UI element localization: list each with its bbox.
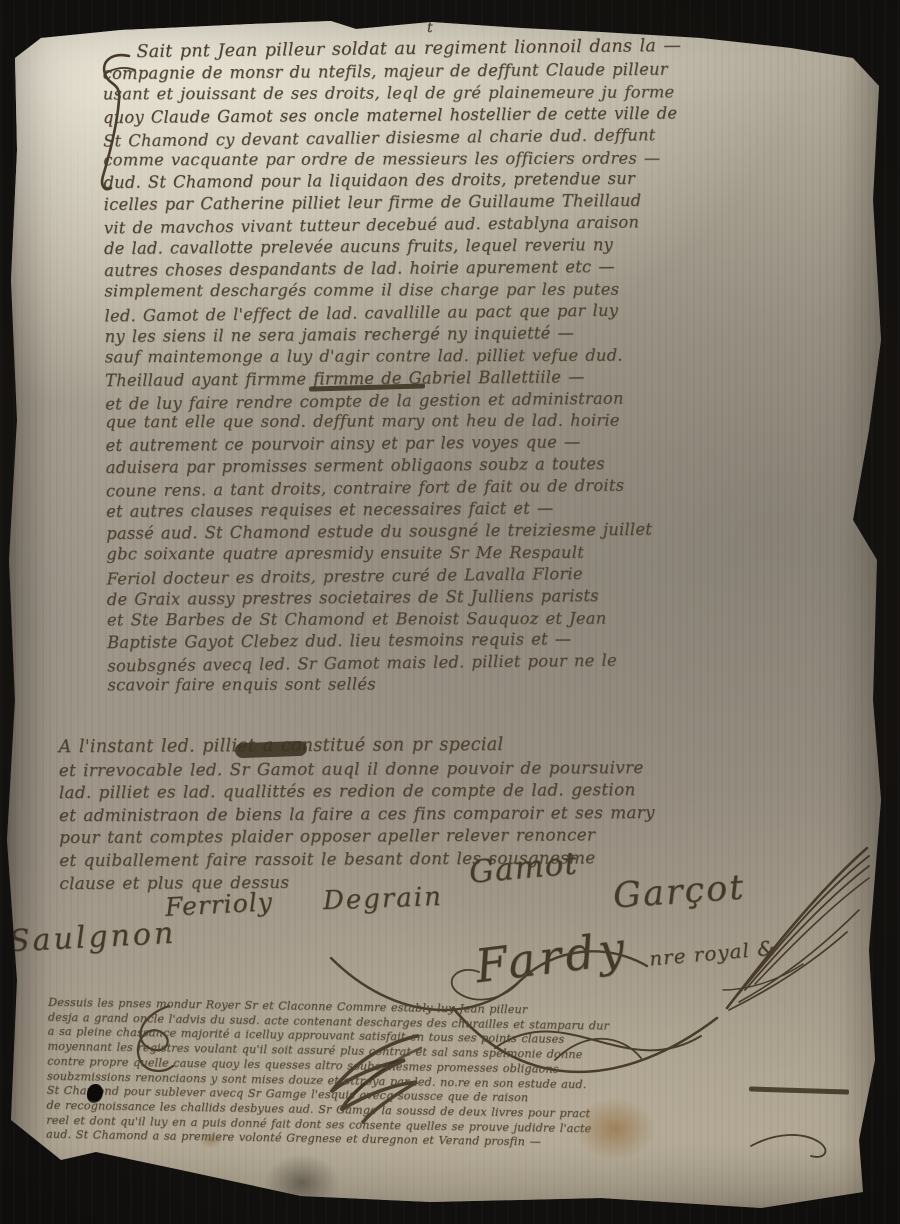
photo-background: t Sait pnt Jean pilleur soldat au regime…	[0, 0, 900, 1224]
paper-sheet: t Sait pnt Jean pilleur soldat au regime…	[7, 8, 893, 1214]
signature-notary-title: nre royal &	[648, 936, 777, 971]
signature-saulgnon: Saulgnon	[8, 916, 177, 960]
small-stain	[199, 1132, 223, 1148]
gray-smudge-stain	[265, 1154, 339, 1212]
manuscript-line: clause et plus que dessus	[59, 867, 869, 894]
manuscript-line: comme vacquante par ordre de messieurs l…	[103, 146, 881, 171]
interline-correction-mark: t	[427, 20, 433, 36]
manuscript-line: que tant elle que sond. deffunt mary ont…	[105, 409, 883, 434]
signature-ferrioly: Ferrioly	[164, 887, 273, 922]
manuscript-line: usant et jouissant de ses droits, leql d…	[103, 80, 881, 105]
signature-degrain: Degrain	[323, 882, 444, 916]
second-paragraph-block: A l'instant led. pilliet a constitué son…	[59, 732, 870, 894]
registration-text-block: Dessuis les pnses mondur Royer Sr et Cla…	[46, 996, 858, 1156]
signature-garcot: Garçot	[612, 867, 747, 916]
manuscript-line: scavoir faire enquis sont sellés	[107, 672, 885, 697]
ink-blot	[235, 741, 307, 759]
manuscript-line: et Ste Barbes de St Chamond et Benoist S…	[107, 606, 885, 631]
brown-stain	[575, 1098, 655, 1160]
signature-fardy: Fardy	[472, 921, 631, 993]
main-text-block: Sait pnt Jean pilleur soldat au regiment…	[102, 35, 885, 698]
manuscript-line: sauf maintemonge a luy d'agir contre lad…	[105, 343, 883, 368]
